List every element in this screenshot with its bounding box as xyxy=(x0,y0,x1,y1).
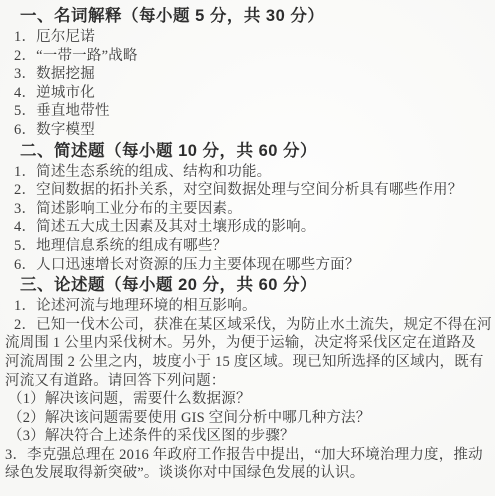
question-line: 5．垂直地带性 xyxy=(14,102,495,121)
question-line-continuation: 河流周围 2 公里之内，坡度小于 15 度区域。现已知所选择的区域内，既有 xyxy=(5,353,495,372)
question-line: 2．空间数据的拓扑关系，对空间数据处理与空间分析具有哪些作用？ xyxy=(14,181,495,200)
question-line: 2．“一带一路”战略 xyxy=(14,47,495,66)
question-line: 3．李克强总理在 2016 年政府工作报告中提出，“加大环境治理力度，推动 xyxy=(5,446,495,465)
section-short-answer: 二、简述题（每小题 10 分，共 60 分） 1．简述生态系统的组成、结构和功能… xyxy=(0,140,495,275)
question-line: 1．简述生态系统的组成、结构和功能。 xyxy=(14,163,495,182)
question-line-continuation: 河流又有道路。请回答下列问题： xyxy=(5,372,495,391)
sub-question-line: （3）解决符合上述条件的采伐区图的步骤？ xyxy=(8,427,495,446)
question-line: 5．地理信息系统的组成有哪些？ xyxy=(14,237,495,256)
question-line: 6．人口迅速增长对资源的压力主要体现在哪些方面？ xyxy=(14,256,495,275)
section-essay: 三、论述题（每小题 20 分，共 60 分） 1．论述河流与地理环境的相互影响。… xyxy=(0,274,495,483)
question-line: 1．厄尔尼诺 xyxy=(14,28,495,47)
section-heading-short-answer: 二、简述题（每小题 10 分，共 60 分） xyxy=(20,140,495,163)
question-line-continuation: 绿色发展取得新突破”。谈谈你对中国绿色发展的认识。 xyxy=(5,464,495,483)
question-line: 6．数字模型 xyxy=(14,121,495,140)
section-heading-definitions: 一、名词解释（每小题 5 分，共 30 分） xyxy=(20,5,495,28)
question-line-continuation: 流周围 1 公里内采伐树木。另外，为便于运输，决定将采伐区定在道路及 xyxy=(5,334,495,353)
sub-question-line: （2）解决该问题需要使用 GIS 空间分析中哪几种方法？ xyxy=(8,409,495,428)
question-line: 4．简述五大成土因素及其对土壤形成的影响。 xyxy=(14,218,495,237)
question-line: 2．已知一伐木公司，获准在某区域采伐，为防止水土流失，规定不得在河 xyxy=(14,316,495,335)
section-term-definitions: 一、名词解释（每小题 5 分，共 30 分） 1．厄尔尼诺 2．“一带一路”战略… xyxy=(0,5,495,140)
question-line: 1．论述河流与地理环境的相互影响。 xyxy=(14,297,495,316)
sub-question-line: （1）解决该问题，需要什么数据源？ xyxy=(8,390,495,409)
section-heading-essay: 三、论述题（每小题 20 分，共 60 分） xyxy=(20,274,495,297)
question-line: 3．数据挖掘 xyxy=(14,65,495,84)
question-line: 3．简述影响工业分布的主要因素。 xyxy=(14,200,495,219)
exam-paper-page: 一、名词解释（每小题 5 分，共 30 分） 1．厄尔尼诺 2．“一带一路”战略… xyxy=(0,0,495,496)
question-line: 4．逆城市化 xyxy=(14,84,495,103)
